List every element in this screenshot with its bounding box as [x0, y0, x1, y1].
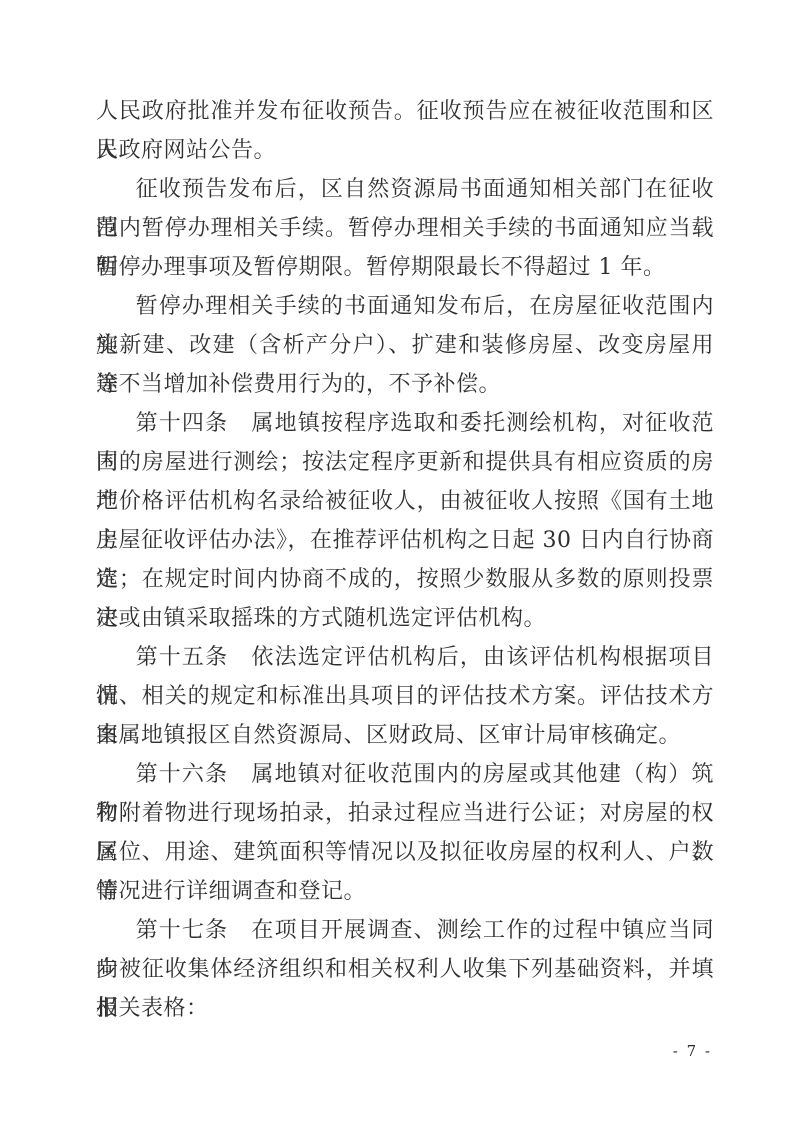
text-line: 民政府网站公告。 [96, 131, 714, 170]
text-line: 内的房屋进行测绘；按法定程序更新和提供具有相应资质的房地 [96, 443, 714, 482]
text-line: 况、相关的规定和标准出具项目的评估技术方案。评估技术方案 [96, 677, 714, 716]
text-line: 第十六条 属地镇对征收范围内的房屋或其他建（构）筑物 [96, 755, 714, 794]
document-body: 人民政府批准并发布征收预告。征收预告应在被征收范围和区人民政府网站公告。征收预告… [96, 92, 714, 1028]
text-line: 人民政府批准并发布征收预告。征收预告应在被征收范围和区人 [96, 92, 714, 131]
text-line: 情况进行详细调查和登记。 [96, 872, 714, 911]
text-line: 房屋征收评估办法》，在推荐评估机构之日起 30 日内自行协商选 [96, 521, 714, 560]
text-line: 围内暂停办理相关手续。暂停办理相关手续的书面通知应当载明 [96, 209, 714, 248]
text-line: 征收预告发布后，区自然资源局书面通知相关部门在征收范 [96, 170, 714, 209]
text-line: 暂停办理相关手续的书面通知发布后，在房屋征收范围内实 [96, 287, 714, 326]
text-line: 第十五条 依法选定评估机构后，由该评估机构根据项目情 [96, 638, 714, 677]
text-line: 施新建、改建（含析产分户）、扩建和装修房屋、改变房屋用途 [96, 326, 714, 365]
text-line: 产价格评估机构名录给被征收人，由被征收人按照《国有土地上 [96, 482, 714, 521]
text-line: 由属地镇报区自然资源局、区财政局、区审计局审核确定。 [96, 716, 714, 755]
text-line: 向被征收集体经济组织和相关权利人收集下列基础资料，并填报 [96, 950, 714, 989]
text-line: 暂停办理事项及暂停期限。暂停期限最长不得超过 1 年。 [96, 248, 714, 287]
text-line: 定或由镇采取摇珠的方式随机选定评估机构。 [96, 599, 714, 638]
text-line: 第十七条 在项目开展调查、测绘工作的过程中镇应当同步 [96, 911, 714, 950]
text-line: 定；在规定时间内协商不成的，按照少数服从多数的原则投票决 [96, 560, 714, 599]
text-line: 和附着物进行现场拍录，拍录过程应当进行公证；对房屋的权属、 [96, 794, 714, 833]
document-page: 人民政府批准并发布征收预告。征收预告应在被征收范围和区人民政府网站公告。征收预告… [0, 0, 800, 1131]
text-line: 相关表格： [96, 989, 714, 1028]
page-number: - 7 - [673, 1042, 712, 1060]
text-line: 第十四条 属地镇按程序选取和委托测绘机构，对征收范围 [96, 404, 714, 443]
text-line: 区位、用途、建筑面积等情况以及拟征收房屋的权利人、户数等 [96, 833, 714, 872]
text-line: 等不当增加补偿费用行为的，不予补偿。 [96, 365, 714, 404]
